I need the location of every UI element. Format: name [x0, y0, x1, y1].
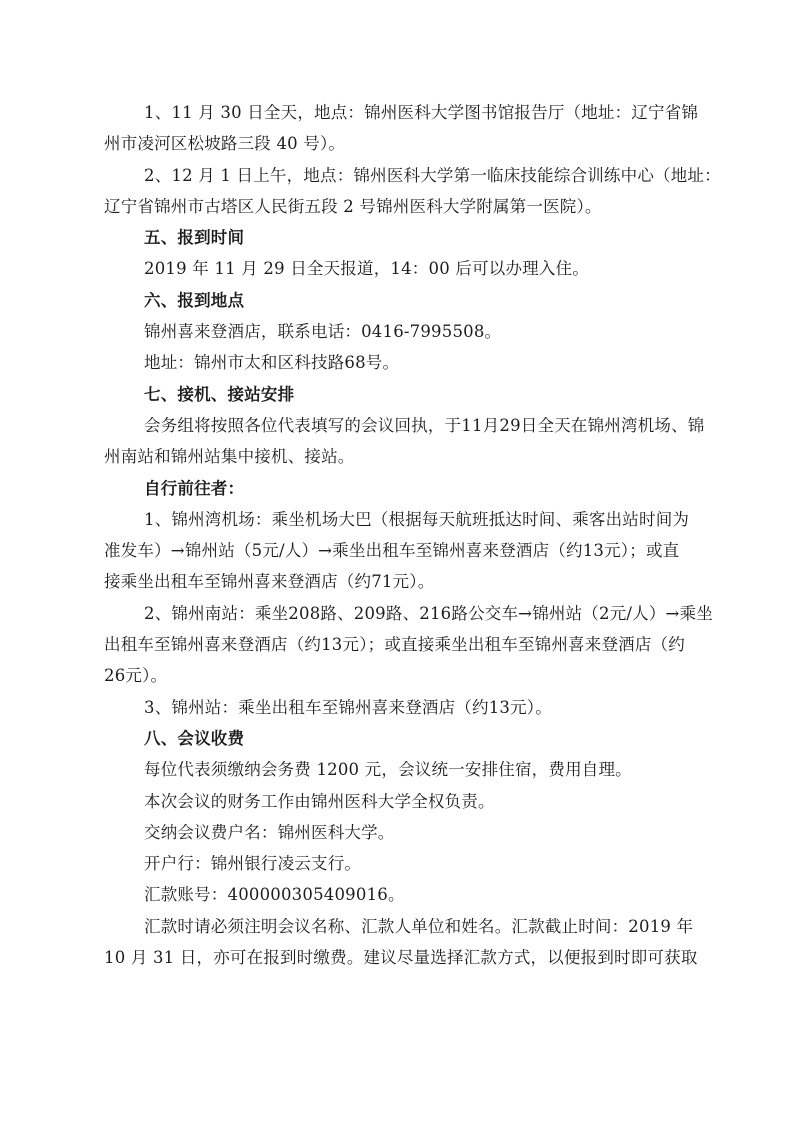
text-line: 开户行：锦州银行凌云支行。	[104, 848, 698, 879]
section-heading: 六、报到地点	[104, 285, 698, 316]
text-line: 会务组将按照各位代表填写的会议回执，于11月29日全天在锦州湾机场、锦	[104, 410, 698, 441]
paragraph: 1、11 月 30 日全天，地点：锦州医科大学图书馆报告厅（地址：辽宁省锦州市凌…	[104, 97, 698, 160]
text-line: 2、锦州南站：乘坐208路、209路、216路公交车→锦州站（2元/人）→乘坐	[104, 598, 698, 629]
paragraph: 1、锦州湾机场：乘坐机场大巴（根据每天航班抵达时间、乘客出站时间为准发车）→锦州…	[104, 504, 698, 598]
paragraph: 2、12 月 1 日上午，地点：锦州医科大学第一临床技能综合训练中心（地址：辽宁…	[104, 160, 698, 223]
text-line: 地址：锦州市太和区科技路68号。	[104, 347, 698, 378]
paragraph: 锦州喜来登酒店，联系电话：0416-7995508。	[104, 316, 698, 347]
document-body: 1、11 月 30 日全天，地点：锦州医科大学图书馆报告厅（地址：辽宁省锦州市凌…	[104, 97, 698, 973]
paragraph: 开户行：锦州银行凌云支行。	[104, 848, 698, 879]
text-line: 交纳会议费户名：锦州医科大学。	[104, 817, 698, 848]
text-line: 每位代表须缴纳会务费 1200 元，会议统一安排住宿，费用自理。	[104, 754, 698, 785]
text-line: 本次会议的财务工作由锦州医科大学全权负责。	[104, 786, 698, 817]
document-page: 1、11 月 30 日全天，地点：锦州医科大学图书馆报告厅（地址：辽宁省锦州市凌…	[0, 0, 799, 1131]
text-line: 锦州喜来登酒店，联系电话：0416-7995508。	[104, 316, 698, 347]
section-heading: 八、会议收费	[104, 723, 698, 754]
text-line: 26元）。	[104, 660, 698, 691]
paragraph: 地址：锦州市太和区科技路68号。	[104, 347, 698, 378]
text-line: 2、12 月 1 日上午，地点：锦州医科大学第一临床技能综合训练中心（地址：	[104, 160, 698, 191]
text-line: 1、11 月 30 日全天，地点：锦州医科大学图书馆报告厅（地址：辽宁省锦	[104, 97, 698, 128]
text-line: 自行前往者：	[104, 473, 698, 504]
paragraph: 会务组将按照各位代表填写的会议回执，于11月29日全天在锦州湾机场、锦州南站和锦…	[104, 410, 698, 473]
text-line: 七、接机、接站安排	[104, 379, 698, 410]
text-line: 辽宁省锦州市古塔区人民街五段 2 号锦州医科大学附属第一医院）。	[104, 191, 698, 222]
text-line: 八、会议收费	[104, 723, 698, 754]
paragraph: 汇款账号：400000305409016。	[104, 879, 698, 910]
text-line: 接乘坐出租车至锦州喜来登酒店（约71元）。	[104, 566, 698, 597]
text-line: 五、报到时间	[104, 222, 698, 253]
text-line: 汇款账号：400000305409016。	[104, 879, 698, 910]
section-heading: 七、接机、接站安排	[104, 379, 698, 410]
text-line: 准发车）→锦州站（5元/人）→乘坐出租车至锦州喜来登酒店（约13元）；或直	[104, 535, 698, 566]
paragraph: 汇款时请必须注明会议名称、汇款人单位和姓名。汇款截止时间：2019 年10 月 …	[104, 911, 698, 974]
paragraph: 每位代表须缴纳会务费 1200 元，会议统一安排住宿，费用自理。	[104, 754, 698, 785]
text-line: 1、锦州湾机场：乘坐机场大巴（根据每天航班抵达时间、乘客出站时间为	[104, 504, 698, 535]
section-heading: 自行前往者：	[104, 473, 698, 504]
text-line: 3、锦州站：乘坐出租车至锦州喜来登酒店（约13元）。	[104, 692, 698, 723]
paragraph: 3、锦州站：乘坐出租车至锦州喜来登酒店（约13元）。	[104, 692, 698, 723]
text-line: 汇款时请必须注明会议名称、汇款人单位和姓名。汇款截止时间：2019 年	[104, 911, 698, 942]
text-line: 州南站和锦州站集中接机、接站。	[104, 441, 698, 472]
text-line: 六、报到地点	[104, 285, 698, 316]
section-heading: 五、报到时间	[104, 222, 698, 253]
paragraph: 交纳会议费户名：锦州医科大学。	[104, 817, 698, 848]
text-line: 出租车至锦州喜来登酒店（约13元）；或直接乘坐出租车至锦州喜来登酒店（约	[104, 629, 698, 660]
paragraph: 2、锦州南站：乘坐208路、209路、216路公交车→锦州站（2元/人）→乘坐出…	[104, 598, 698, 692]
text-line: 州市凌河区松坡路三段 40 号）。	[104, 128, 698, 159]
text-line: 2019 年 11 月 29 日全天报道，14：00 后可以办理入住。	[104, 253, 698, 284]
paragraph: 本次会议的财务工作由锦州医科大学全权负责。	[104, 786, 698, 817]
paragraph: 2019 年 11 月 29 日全天报道，14：00 后可以办理入住。	[104, 253, 698, 284]
text-line: 10 月 31 日，亦可在报到时缴费。建议尽量选择汇款方式，以便报到时即可获取	[104, 942, 698, 973]
